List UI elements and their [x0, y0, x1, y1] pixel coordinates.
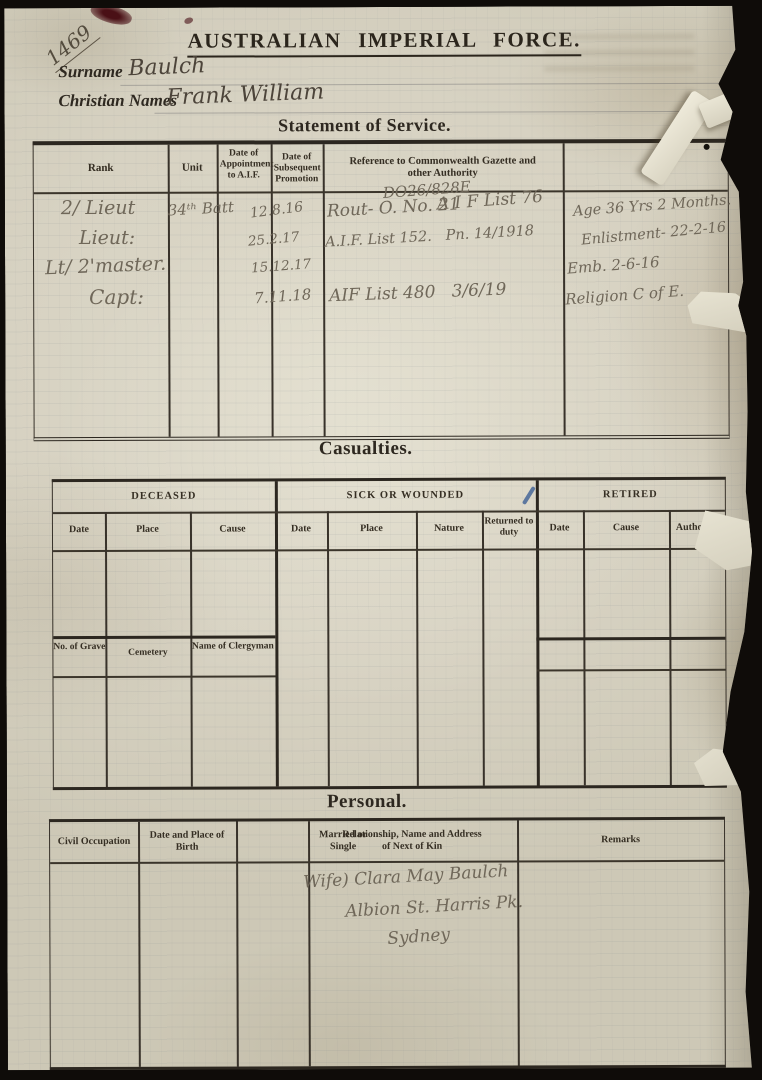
next-of-kin-line3: Sydney	[387, 927, 451, 949]
group-header-rule	[53, 510, 725, 514]
col-unit: Unit	[168, 162, 217, 175]
sick-title: SICK OR WOUNDED	[275, 489, 536, 502]
statement-heading: Statement of Service.	[5, 114, 725, 138]
header-rule	[34, 190, 728, 194]
table-divider	[236, 822, 238, 1067]
personal-heading: Personal.	[7, 790, 727, 815]
col-cemetery: Cemetery	[105, 648, 190, 659]
paper-sheet: 1469 AUSTRALIAN IMPERIAL FORCE. Surname …	[4, 6, 758, 1071]
table-divider	[308, 821, 310, 1066]
casualties-heading: Casualties.	[6, 437, 726, 462]
table-divider	[416, 511, 419, 786]
sick-col-place: Place	[327, 523, 416, 535]
col-rank: Rank	[34, 162, 168, 175]
col-reference: Reference to Commonwealth Gazette and ot…	[343, 155, 543, 180]
sick-col-date: Date	[275, 523, 327, 535]
rank-entry-4: Capt:	[89, 287, 144, 307]
col-civil-occupation: Civil Occupation	[50, 836, 138, 848]
surname-value: Baulch	[128, 55, 206, 80]
col-appointment: Date of Appointment to A.I.F.	[220, 148, 268, 181]
rank-entry-1: 2/ Lieut	[61, 199, 135, 218]
retired-col-cause: Cause	[583, 522, 669, 534]
rank-entry-3: Lt/ 2'master.	[45, 255, 167, 279]
table-divider	[168, 145, 171, 437]
rank-entry-2: Lieut:	[79, 229, 135, 248]
retired-title: RETIRED	[536, 489, 725, 502]
table-divider	[563, 143, 566, 435]
col-remarks: Remarks	[517, 834, 724, 846]
retired-band-rule	[536, 637, 725, 641]
grave-band-rule	[53, 635, 275, 639]
col-next-of-kin: Relationship, Name and Address of Next o…	[342, 829, 482, 852]
deceased-col-date: Date	[53, 524, 105, 536]
deceased-col-place: Place	[105, 524, 190, 536]
sick-col-returned: Returned to duty	[482, 516, 536, 538]
deceased-title: DECEASED	[53, 490, 275, 503]
ink-blot	[89, 0, 134, 29]
page-title-text: AUSTRALIAN IMPERIAL FORCE.	[188, 27, 581, 57]
table-divider	[669, 510, 672, 785]
table-divider	[583, 510, 586, 785]
col-clergyman: Name of Clergyman	[190, 641, 275, 652]
ink-speck	[183, 16, 194, 25]
retired-band-rule	[536, 669, 725, 671]
col-promotion: Date of Subsequent Promotion	[274, 152, 320, 185]
christian-names-label: Christian Names	[58, 91, 177, 111]
page-title: AUSTRALIAN IMPERIAL FORCE.	[144, 27, 624, 58]
folded-corner-flap	[698, 89, 747, 129]
surname-label: Surname	[58, 62, 122, 82]
promotion-date-4: 7.11.18	[254, 287, 312, 306]
casualties-table: DECEASED SICK OR WOUNDED RETIRED Date Pl…	[52, 477, 727, 790]
table-divider	[482, 511, 485, 786]
table-divider	[517, 821, 519, 1066]
sick-col-nature: Nature	[416, 523, 482, 535]
christian-names-value: Frank William	[166, 81, 324, 109]
table-divider	[138, 822, 140, 1067]
table-divider	[217, 145, 220, 437]
grave-band-rule	[53, 675, 275, 677]
sub-header-rule	[53, 548, 725, 552]
unit-entry-1: 34ᵗʰ Batt	[167, 200, 234, 219]
col-birth: Date and Place of Birth	[142, 830, 232, 853]
table-divider	[327, 511, 330, 786]
retired-col-date: Date	[536, 522, 583, 534]
punch-hole	[704, 144, 710, 150]
deceased-col-cause: Cause	[190, 523, 275, 535]
col-grave: No. of Grave	[53, 642, 105, 653]
header-rule	[50, 860, 724, 864]
table-divider	[323, 144, 326, 436]
